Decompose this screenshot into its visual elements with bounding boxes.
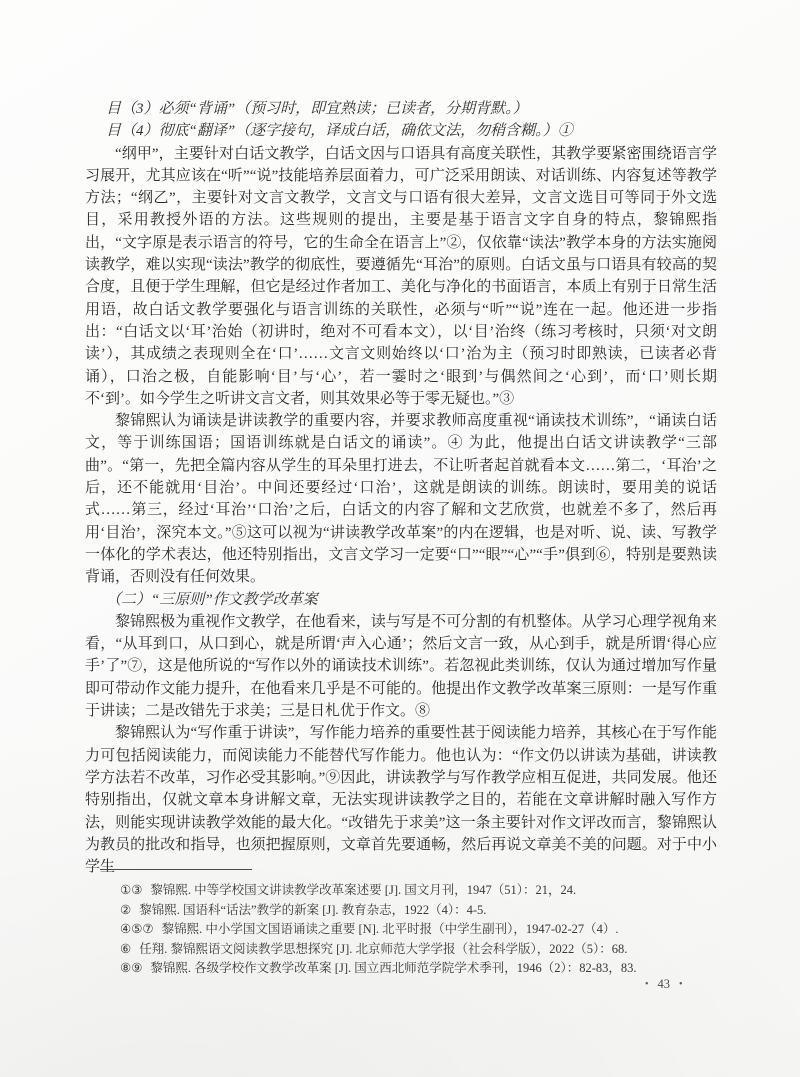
footnote-text: 任翔. 黎锦熙语文阅读教学思想探究 [J]. 北京师范大学学报（社会科学版），2… (139, 942, 627, 956)
footnote-marker: ② (120, 903, 131, 917)
section-heading-sanyuanze: （二）“三原则”作文教学改革案 (85, 589, 717, 611)
footnote-marker: ①③ (120, 883, 142, 897)
paragraph-gangjia-gangyi: “纲甲”，主要针对白话文教学，白话文因与口语具有高度关联性，其教学要紧密围绕语言… (85, 143, 717, 411)
footnote-entry: ⑥任翔. 黎锦熙语文阅读教学思想探究 [J]. 北京师范大学学报（社会科学版），… (120, 940, 726, 960)
paragraph-xiezuo-zhongyu-jiangdu: 黎锦熙认为“写作重于讲读”，写作能力培养的重要性甚于阅读能力培养，其核心在于写作… (85, 722, 717, 878)
page-number-dot-left: • (645, 979, 649, 990)
footnote-text: 黎锦熙. 中小学国文国语诵读之重要 [N]. 北平时报（中学生副刊），1947-… (162, 922, 619, 936)
numbered-item-3: 目（3）必须“背诵”（预习时，即宜熟读；已读者，分期背默。） (85, 98, 717, 120)
footnotes: ①③黎锦熙. 中等学校国文讲读教学改革案述要 [J]. 国文月刊，1947（51… (120, 881, 726, 979)
footnote-text: 黎锦熙. 国语科“话法”教学的新案 [J]. 教育杂志，1922（4）：4-5. (139, 903, 486, 917)
footnote-text: 黎锦熙. 中等学校国文讲读教学改革案述要 [J]. 国文月刊，1947（51）：… (150, 883, 576, 897)
footnote-marker: ⑧⑨ (120, 961, 142, 975)
footnote-entry: ④⑤⑦黎锦熙. 中小学国文国语诵读之重要 [N]. 北平时报（中学生副刊），19… (120, 920, 726, 940)
footnote-marker: ④⑤⑦ (120, 922, 154, 936)
page-number: • 43 • (645, 977, 683, 992)
page-number-dot-right: • (679, 979, 683, 990)
numbered-item-4: 目（4）彻底“翻译”（逐字接句，译成白话，确依文法，勿稍含糊。）① (85, 120, 717, 142)
footnote-marker: ⑥ (120, 942, 131, 956)
footnote-entry: ⑧⑨黎锦熙. 各级学校作文教学改革案 [J]. 国立西北师范学院学术季刊，194… (120, 959, 726, 979)
footnote-separator (100, 869, 252, 870)
footnote-entry: ①③黎锦熙. 中等学校国文讲读教学改革案述要 [J]. 国文月刊，1947（51… (120, 881, 726, 901)
page-number-value: 43 (658, 977, 671, 992)
article-body: 目（3）必须“背诵”（预习时，即宜熟读；已读者，分期背默。） 目（4）彻底“翻译… (85, 98, 717, 878)
paragraph-zuowen-jiaoxue: 黎锦熙极为重视作文教学，在他看来，读与写是不可分割的有机整体。从学习心理学视角来… (85, 611, 717, 722)
paragraph-songdu-sanbuqu: 黎锦熙认为诵读是讲读教学的重要内容，并要求教师高度重视“诵读技术训练”，“诵读白… (85, 410, 717, 588)
document-page: 目（3）必须“背诵”（预习时，即宜熟读；已读者，分期背默。） 目（4）彻底“翻译… (0, 0, 800, 1077)
footnote-text: 黎锦熙. 各级学校作文教学改革案 [J]. 国立西北师范学院学术季刊，1946（… (150, 961, 636, 975)
footnote-entry: ②黎锦熙. 国语科“话法”教学的新案 [J]. 教育杂志，1922（4）：4-5… (120, 901, 726, 921)
